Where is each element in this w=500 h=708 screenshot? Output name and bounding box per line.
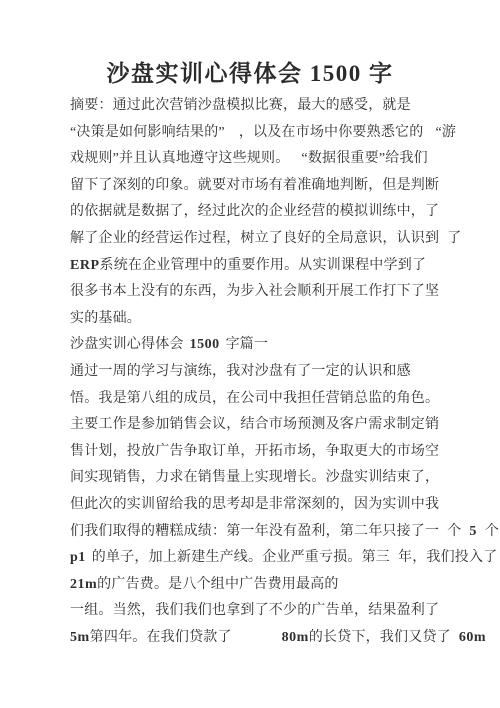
text-segment: 沙盘实训心得体会 <box>70 332 184 359</box>
text-segment: 售计划，投放广告争取订单，开拓市场，争取更大的市场空 <box>70 439 439 466</box>
text-segment: 一组。当然，我们我们也拿到了不少的广告单，结果盈利了 <box>70 598 439 625</box>
emphasis-text: 21m <box>70 572 97 599</box>
text-line: 一组。当然，我们我们也拿到了不少的广告单，结果盈利了 <box>70 598 485 625</box>
text-segment: 很多书本上没有的东西，为步入社会顺利开展工作打下了坚 <box>70 279 439 306</box>
document-title: 沙盘实训心得体会 1500 字 <box>0 55 500 88</box>
text-segment: “数据很重要”给我们 <box>301 146 427 173</box>
text-segment: 戏规则”并且认真地遵守这些规则。 <box>70 146 289 173</box>
text-segment: 第四年。在我们贷款了 <box>90 625 232 652</box>
text-segment: 实的基础。 <box>70 306 141 333</box>
text-segment: 主要工作是参加销售会议，结合市场预测及客户需求制定销 <box>70 412 439 439</box>
text-line: 主要工作是参加销售会议，结合市场预测及客户需求制定销 <box>70 412 485 439</box>
text-segment: 留下了深刻的印象。就要对市场有着准确地判断，但是判断 <box>70 173 439 200</box>
text-segment: 了 <box>447 226 461 253</box>
text-line: “决策是如何影响结果的”，以及在市场中你要熟悉它的“游 <box>70 120 485 147</box>
text-segment: 们我们取得的糟糕成绩：第一年没有盈利，第二年只接了一 <box>70 519 439 546</box>
emphasis-text: p1 <box>70 545 86 572</box>
text-segment: 系统在企业管理中的重要作用。从实训课程中学到了 <box>100 253 427 280</box>
text-line: ERP系统在企业管理中的重要作用。从实训课程中学到了 <box>70 253 485 280</box>
text-segment: 间实现销售，力求在销售量上实现增长。沙盘实训结束了， <box>70 465 439 492</box>
text-line: 实的基础。 <box>70 306 485 333</box>
text-line: 但此次的实训留给我的思考却是非常深刻的，因为实训中我 <box>70 492 485 519</box>
text-segment: 摘要：通过此次营销沙盘模拟比赛，最大的感受，就是 <box>70 93 411 120</box>
emphasis-text: 1500 <box>190 332 220 359</box>
text-line: 悟。我是第八组的成员，在公司中我担任营销总监的角色。 <box>70 386 485 413</box>
text-line: 戏规则”并且认真地遵守这些规则。“数据很重要”给我们 <box>70 146 485 173</box>
text-line: 沙盘实训心得体会1500字篇一 <box>70 332 485 359</box>
text-segment: 个 <box>447 519 461 546</box>
text-segment: 字篇一 <box>226 332 269 359</box>
emphasis-text: 80m <box>282 625 309 652</box>
text-segment: 通过一周的学习与演练，我对沙盘有了一定的认识和感 <box>70 359 411 386</box>
text-line: p1的单子，加上新建生产线。企业严重亏损。第三年，我们投入了 <box>70 545 485 572</box>
text-segment: “决策是如何影响结果的” <box>70 120 225 147</box>
emphasis-text: 60m <box>459 625 486 652</box>
text-line: 售计划，投放广告争取订单，开拓市场，争取更大的市场空 <box>70 439 485 466</box>
text-line: 5m第四年。在我们贷款了80m的长贷下，我们又贷了60m <box>70 625 485 652</box>
text-line: 很多书本上没有的东西，为步入社会顺利开展工作打下了坚 <box>70 279 485 306</box>
emphasis-text: 5 <box>469 519 477 546</box>
document-page: 沙盘实训心得体会 1500 字 摘要：通过此次营销沙盘模拟比赛，最大的感受，就是… <box>0 0 500 708</box>
text-line: 通过一周的学习与演练，我对沙盘有了一定的认识和感 <box>70 359 485 386</box>
text-segment: ，以及在市场中你要熟悉它的 <box>239 120 424 147</box>
text-line: 解了企业的经营运作过程，树立了良好的全局意识，认识到了 <box>70 226 485 253</box>
text-segment: 个 <box>485 519 499 546</box>
text-line: 们我们取得的糟糕成绩：第一年没有盈利，第二年只接了一个5个 <box>70 519 485 546</box>
text-segment: 悟。我是第八组的成员，在公司中我担任营销总监的角色。 <box>70 386 439 413</box>
text-line: 摘要：通过此次营销沙盘模拟比赛，最大的感受，就是 <box>70 93 485 120</box>
text-line: 间实现销售，力求在销售量上实现增长。沙盘实训结束了， <box>70 465 485 492</box>
emphasis-text: ERP <box>70 253 100 280</box>
text-segment: 的广告费。是八个组中广告费用最高的 <box>97 572 338 599</box>
text-line: 的依据就是数据了，经过此次的企业经营的模拟训练中，了 <box>70 199 485 226</box>
text-segment: 的长贷下，我们又贷了 <box>309 625 451 652</box>
text-segment: 的依据就是数据了，经过此次的企业经营的模拟训练中，了 <box>70 199 439 226</box>
emphasis-text: 5m <box>70 625 90 652</box>
text-segment: “游 <box>435 120 456 147</box>
text-segment: 年，我们投入了 <box>398 545 497 572</box>
text-line: 21m的广告费。是八个组中广告费用最高的 <box>70 572 485 599</box>
text-segment: 解了企业的经营运作过程，树立了良好的全局意识，认识到 <box>70 226 439 253</box>
text-segment: 的单子，加上新建生产线。企业严重亏损。第三 <box>92 545 390 572</box>
text-line: 留下了深刻的印象。就要对市场有着准确地判断，但是判断 <box>70 173 485 200</box>
document-body: 摘要：通过此次营销沙盘模拟比赛，最大的感受，就是“决策是如何影响结果的”，以及在… <box>70 93 485 651</box>
text-segment: 但此次的实训留给我的思考却是非常深刻的，因为实训中我 <box>70 492 439 519</box>
